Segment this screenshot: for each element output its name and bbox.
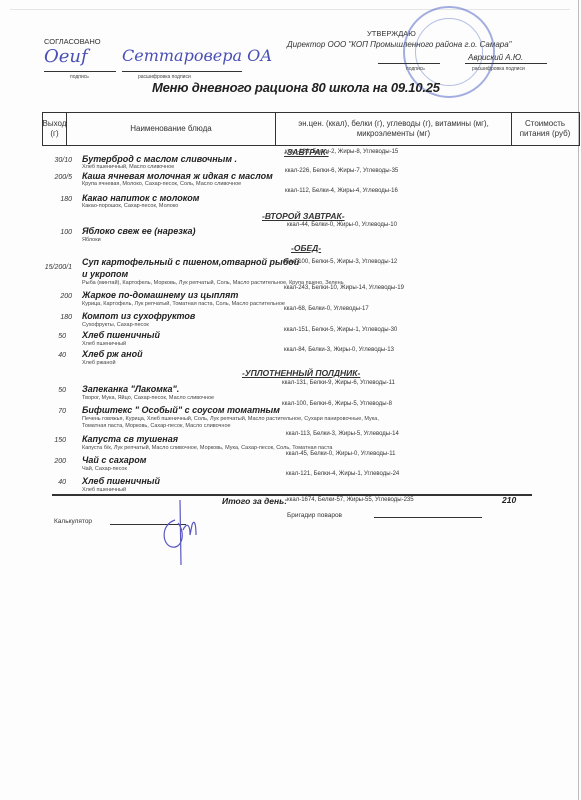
item-nutrition: ккал-44, Белки-0, Жиры-0, Углеводы-10 [287, 222, 397, 228]
item-qty: 200 [26, 458, 66, 465]
item-nutrition: ккал-68, Белки-0, Углеводы-17 [284, 306, 369, 312]
item-qty: 100 [32, 229, 72, 236]
item-nutrition: ккал-136, Белки-2, Жиры-8, Углеводы-15 [285, 149, 398, 155]
item-name: Чай с сахаром [82, 455, 146, 465]
item-name: Капуста св тушеная [82, 434, 178, 444]
item-ingredients: Крупа ячневая, Молоко, Сахар-песок, Соль… [82, 181, 241, 187]
header-cost: Стоимость питания (руб) [512, 113, 578, 145]
item-nutrition: ккал-226, Белки-6, Жиры-7, Углеводы-35 [285, 168, 398, 174]
item-ingredients-continued: Томатная паста, Морковь, Сахар-песок, Ма… [82, 423, 231, 429]
item-ingredients: Хлеб ржаной [82, 360, 116, 366]
item-name: Яблоко свеж ее (нарезка) [82, 226, 196, 236]
item-ingredients: Печень говяжья, Курица, Хлеб пшеничный, … [82, 416, 379, 422]
item-name: Бутерброд с маслом сливочным . [82, 154, 237, 164]
signature-name-left: Сеттаровера ОА [122, 46, 272, 65]
item-qty: 200 [32, 293, 72, 300]
item-qty: 50 [26, 333, 66, 340]
item-qty: 50 [26, 387, 66, 394]
table-header: Выход (г) Наименование блюда эн.цен. (кк… [42, 112, 580, 146]
item-name: Суп картофельный с пшеном,отварной рыбой [82, 257, 299, 267]
item-qty: 70 [26, 408, 66, 415]
section-title-afternoon-snack: -УПЛОТНЕННЫЙ ПОЛДНИК- [242, 368, 360, 378]
item-name: Запеканка "Лакомка". [82, 384, 179, 394]
item-nutrition: ккал-84, Белки-3, Жиры-0, Углеводы-13 [284, 347, 394, 353]
item-ingredients: Чай, Сахар-песок [82, 466, 127, 472]
header-nutrition: эн.цен. (ккал), белки (г), углеводы (г),… [276, 113, 512, 145]
item-name: Жаркое по-домашнему из цыплят [82, 290, 238, 300]
item-nutrition: ккал-151, Белки-5, Жиры-1, Углеводы-30 [284, 327, 397, 333]
item-nutrition: ккал-45, Белки-0, Жиры-0, Углеводы-11 [286, 451, 395, 457]
decoding-line-right [465, 63, 547, 64]
item-name-continued: и укропом [82, 269, 128, 279]
item-nutrition: ккал-100, Белки-6, Жиры-5, Углеводы-8 [282, 401, 392, 407]
item-nutrition: ккал-243, Белки-10, Жиры-14, Углеводы-19 [284, 285, 404, 291]
signature-left-scribble: Оеиf [44, 46, 88, 67]
item-name: Хлеб пшеничный [82, 476, 160, 486]
calculator-label: Калькулятор [54, 518, 92, 525]
total-label: Итого за день: [222, 496, 287, 506]
menu-document: СОГЛАСОВАНО Оеиf подпись Сеттаровера ОА … [0, 0, 581, 800]
item-nutrition: ккал-113, Белки-3, Жиры-5, Углеводы-14 [286, 431, 399, 437]
signature-caption-left: подпись [70, 74, 89, 80]
header-dish-name: Наименование блюда [67, 113, 276, 145]
item-qty: 30/10 [32, 157, 72, 164]
section-title-second-breakfast: -ВТОРОЙ ЗАВТРАК- [262, 211, 345, 221]
item-name: Какао напиток с молоком [82, 193, 199, 203]
total-divider [52, 494, 532, 496]
item-ingredients: Творог, Мука, Яйцо, Сахар-песок, Масло с… [82, 395, 214, 401]
signature-caption-right: подпись [406, 66, 425, 72]
header-qty: Выход (г) [43, 113, 67, 145]
section-title-lunch: -ОБЕД- [291, 243, 321, 253]
item-ingredients: Какао-порошок, Сахар-песок, Молоко [82, 203, 178, 209]
director-name: Авриский А.Ю. [468, 53, 523, 62]
calculator-signature [150, 495, 210, 570]
item-nutrition: ккал-121, Белки-4, Жиры-1, Углеводы-24 [286, 471, 399, 477]
decoding-line-left [122, 71, 242, 72]
approval-left-heading: СОГЛАСОВАНО [44, 37, 101, 46]
item-qty: 40 [26, 479, 66, 486]
item-name: Компот из сухофруктов [82, 311, 195, 321]
item-ingredients: Сухофрукты, Сахар-песок [82, 322, 149, 328]
total-cost: 210 [502, 495, 516, 505]
item-qty: 15/200/1 [32, 264, 72, 271]
signature-line-left [44, 71, 116, 72]
scan-edge-top [10, 9, 570, 10]
item-name: Хлеб рж аной [82, 349, 143, 359]
item-name: Каша ячневая молочная ж идкая с маслом [82, 171, 273, 181]
item-qty: 180 [32, 196, 72, 203]
chef-signature-line [374, 517, 482, 518]
item-ingredients: Курица, Картофель, Лук репчатый, Томатна… [82, 301, 285, 307]
item-ingredients: Хлеб пшеничный [82, 341, 126, 347]
item-qty: 180 [32, 314, 72, 321]
item-name: Бифштекс " Особый" с соусом томатным [82, 405, 280, 415]
signature-line-right [378, 63, 440, 64]
item-nutrition: ккал-100, Белки-5, Жиры-3, Углеводы-12 [284, 259, 397, 265]
item-qty: 40 [26, 352, 66, 359]
item-ingredients: Хлеб пшеничный, Масло сливочное [82, 164, 174, 170]
item-name: Хлеб пшеничный [82, 330, 160, 340]
decoding-caption-right: расшифровка подписи [472, 66, 525, 72]
item-nutrition: ккал-112, Белки-4, Жиры-4, Углеводы-16 [285, 188, 398, 194]
item-nutrition: ккал-131, Белки-9, Жиры-6, Углеводы-11 [282, 380, 395, 386]
chef-label: Бригадир поваров [287, 512, 342, 519]
item-ingredients: Яблоки [82, 237, 101, 243]
item-ingredients: Хлеб пшеничный [82, 487, 126, 493]
total-nutrition: ккал-1674, Белки-57, Жиры-55, Углеводы-2… [287, 497, 414, 503]
page-title: Меню дневного рациона 80 школа на 09.10.… [152, 80, 440, 95]
item-qty: 200/5 [32, 174, 72, 181]
item-qty: 150 [26, 437, 66, 444]
